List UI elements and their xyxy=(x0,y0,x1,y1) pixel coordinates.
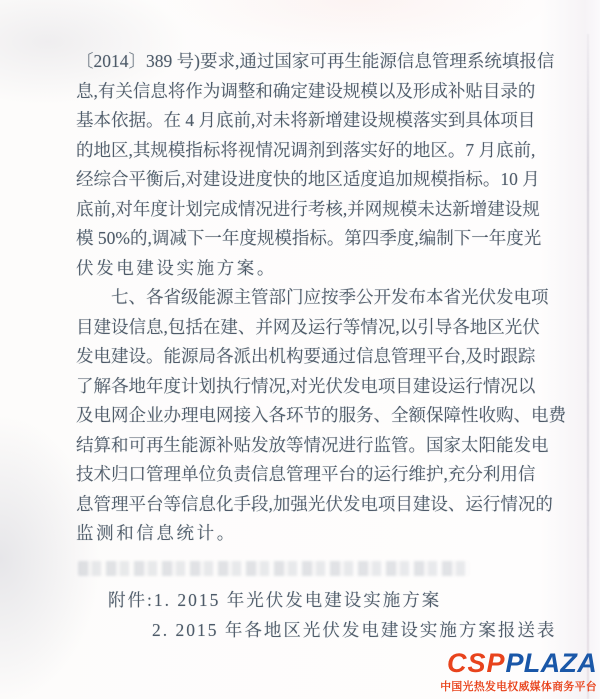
logo-tagline: 中国光热发电权威媒体商务平台 xyxy=(440,679,597,694)
text-line: 伏发电建设实施方案。 xyxy=(76,254,529,284)
text-line: 模 50%的,调减下一年度规模指标。第四季度,编制下一年度光 xyxy=(76,224,529,254)
text-line: 了解各地年度计划执行情况,对光伏发电项目建设运行情况以 xyxy=(76,372,529,402)
csp-logo-text: CSP xyxy=(447,648,506,678)
text-line: 技术归口管理单位负责信息管理平台的运行维护,充分利用信 xyxy=(76,460,529,490)
text-line: 及电网企业办理电网接入各环节的服务、全额保障性收购、电费 xyxy=(76,401,529,431)
cspplaza-wordmark: CSPPLAZA xyxy=(440,650,597,677)
text-line: 监测和信息统计。 xyxy=(76,519,529,549)
ink-bleed-through-line xyxy=(78,561,470,576)
text-line: 的地区,其规模指标将视情况调剂到落实好的地区。7 月底前, xyxy=(76,136,529,166)
text-line: 目建设信息,包括在建、并网及运行等情况,以引导各地区光伏 xyxy=(76,313,529,343)
attachment-item: 附件:1. 2015 年光伏发电建设实施方案 xyxy=(76,586,546,616)
attachments-list: 附件:1. 2015 年光伏发电建设实施方案 2. 2015 年各地区光伏发电建… xyxy=(76,586,546,645)
page-edge-shadow xyxy=(587,34,589,699)
document-body: 〔2014〕389 号)要求,通过国家可再生能源信息管理系统填报信 息,有关信息… xyxy=(76,47,529,549)
cspplaza-logo: CSPPLAZA 中国光热发电权威媒体商务平台 xyxy=(440,650,597,694)
text-line: 七、各省级能源主管部门应按季公开发布本省光伏发电项 xyxy=(76,283,529,313)
plaza-logo-text: PLAZA xyxy=(506,648,598,678)
text-line: 经综合平衡后,对建设进度快的地区适度追加规模指标。10 月 xyxy=(76,165,529,195)
text-line: 发电建设。能源局各派出机构要通过信息管理平台,及时跟踪 xyxy=(76,342,529,372)
text-line: 息管理平台等信息化手段,加强光伏发电项目建设、运行情况的 xyxy=(76,490,529,520)
text-line: 结算和可再生能源补贴发放等情况进行监管。国家太阳能发电 xyxy=(76,431,529,461)
text-line: 底前,对年度计划完成情况进行考核,并网规模未达新增建设规 xyxy=(76,195,529,225)
scanned-document-page: 〔2014〕389 号)要求,通过国家可再生能源信息管理系统填报信 息,有关信息… xyxy=(0,0,600,699)
text-line: 〔2014〕389 号)要求,通过国家可再生能源信息管理系统填报信 xyxy=(76,47,529,77)
attachment-item: 2. 2015 年各地区光伏发电建设实施方案报送表 xyxy=(76,616,546,646)
text-line: 息,有关信息将作为调整和确定建设规模以及形成补贴目录的 xyxy=(76,77,529,107)
text-line: 基本依据。在 4 月底前,对未将新增建设规模落实到具体项目 xyxy=(76,106,529,136)
